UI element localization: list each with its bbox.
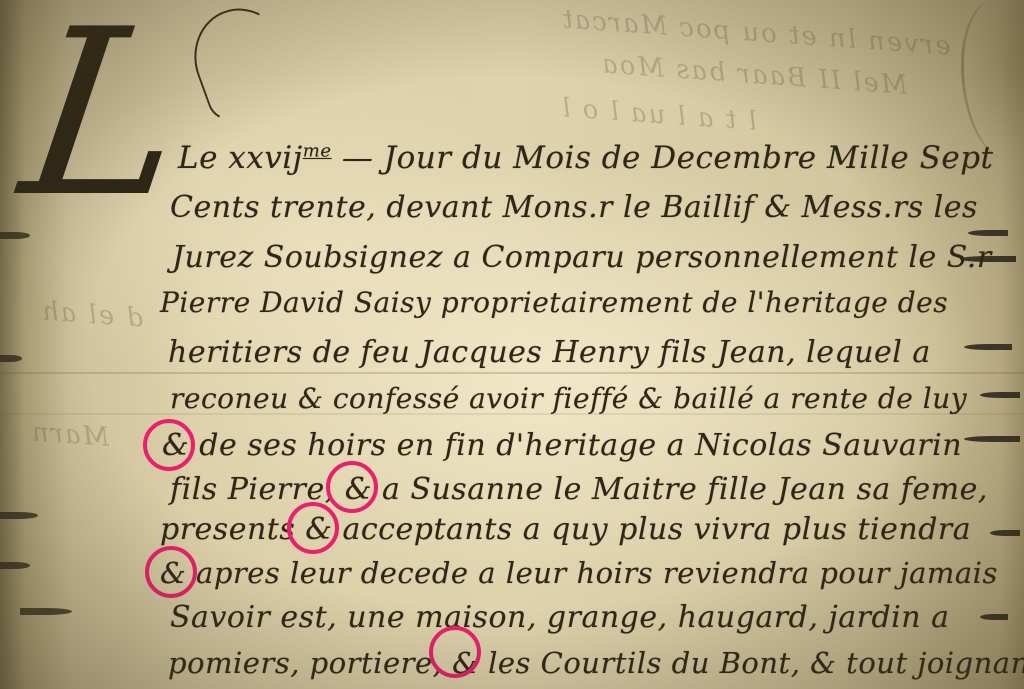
manuscript-line-3: Jurez Soubsignez a Comparu personnelleme…	[172, 240, 992, 275]
bleed-through-text: l t a l ua l o l	[559, 93, 758, 137]
margin-ink-mark	[980, 614, 1008, 620]
manuscript-line-6: reconeu & confessé avoir fieffé & baillé…	[170, 382, 967, 415]
margin-ink-mark	[990, 530, 1020, 536]
line-text: fils Pierre, & a Susanne le Maitre fille…	[170, 472, 988, 507]
line-text: Jurez Soubsignez a Comparu personnelleme…	[172, 240, 992, 275]
margin-ink-mark	[968, 230, 1008, 236]
line-text: reconeu & confessé avoir fieffé & baillé…	[170, 382, 967, 415]
date-day: Le xxvij	[178, 140, 303, 176]
line-text: Savoir est, une maison, grange, haugard,…	[170, 600, 950, 635]
line-text: heritiers de feu Jacques Henry fils Jean…	[168, 335, 931, 370]
margin-ink-mark	[0, 562, 30, 569]
line-text: — Jour du Mois de Decembre Mille Sept	[332, 140, 994, 176]
initial-flourish	[180, 0, 304, 125]
manuscript-line-10: & apres leur decede a leur hoirs reviend…	[160, 556, 998, 590]
manuscript-line-11: Savoir est, une maison, grange, haugard,…	[170, 600, 950, 635]
margin-ink-mark	[964, 344, 1012, 350]
manuscript-line-7: & de ses hoirs en fin d'heritage a Nicol…	[162, 428, 962, 463]
margin-ink-mark	[0, 355, 22, 362]
ampersand-highlight-circle	[326, 461, 378, 513]
ampersand-highlight-circle	[145, 546, 197, 598]
line-text: & de ses hoirs en fin d'heritage a Nicol…	[162, 428, 962, 463]
margin-ink-mark	[980, 392, 1020, 398]
ampersand-highlight-circle	[143, 419, 195, 471]
manuscript-line-8: fils Pierre, & a Susanne le Maitre fille…	[170, 472, 988, 507]
margin-ink-mark	[964, 436, 1020, 442]
line-text: & apres leur decede a leur hoirs reviend…	[160, 556, 998, 590]
margin-ink-mark	[0, 512, 38, 519]
bleed-through-text: d el ah	[39, 296, 144, 333]
manuscript-line-5: heritiers de feu Jacques Henry fils Jean…	[168, 335, 931, 370]
ampersand-highlight-circle	[287, 502, 339, 554]
manuscript-line-4: Pierre David Saisy proprietairement de l…	[160, 286, 948, 319]
manuscript-line-12: pomiers, portiere, & les Courtils du Bon…	[168, 646, 1024, 680]
manuscript-page: erven ln et ou poc Marcat Mel II Baar ba…	[0, 0, 1024, 689]
margin-ink-mark	[20, 608, 72, 615]
water-stain	[961, 0, 1024, 160]
date-ordinal: me	[303, 141, 332, 162]
manuscript-line-1: Le xxvijme — Jour du Mois de Decembre Mi…	[178, 140, 994, 176]
line-text: Pierre David Saisy proprietairement de l…	[160, 286, 948, 319]
paper-ruling	[0, 372, 1024, 374]
bleed-through-text: Mel II Baar bas Moa	[599, 49, 908, 100]
manuscript-line-9: presents & acceptants a quy plus vivra p…	[160, 512, 971, 547]
manuscript-line-2: Cents trente, devant Mons.r le Baillif &…	[170, 190, 978, 225]
line-text: pomiers, portiere, & les Courtils du Bon…	[168, 646, 1024, 680]
bleed-through-text: Marn	[29, 417, 110, 452]
ampersand-highlight-circle	[429, 626, 481, 678]
line-text: presents & acceptants a quy plus vivra p…	[160, 512, 971, 547]
line-text: Cents trente, devant Mons.r le Baillif &…	[170, 190, 978, 225]
